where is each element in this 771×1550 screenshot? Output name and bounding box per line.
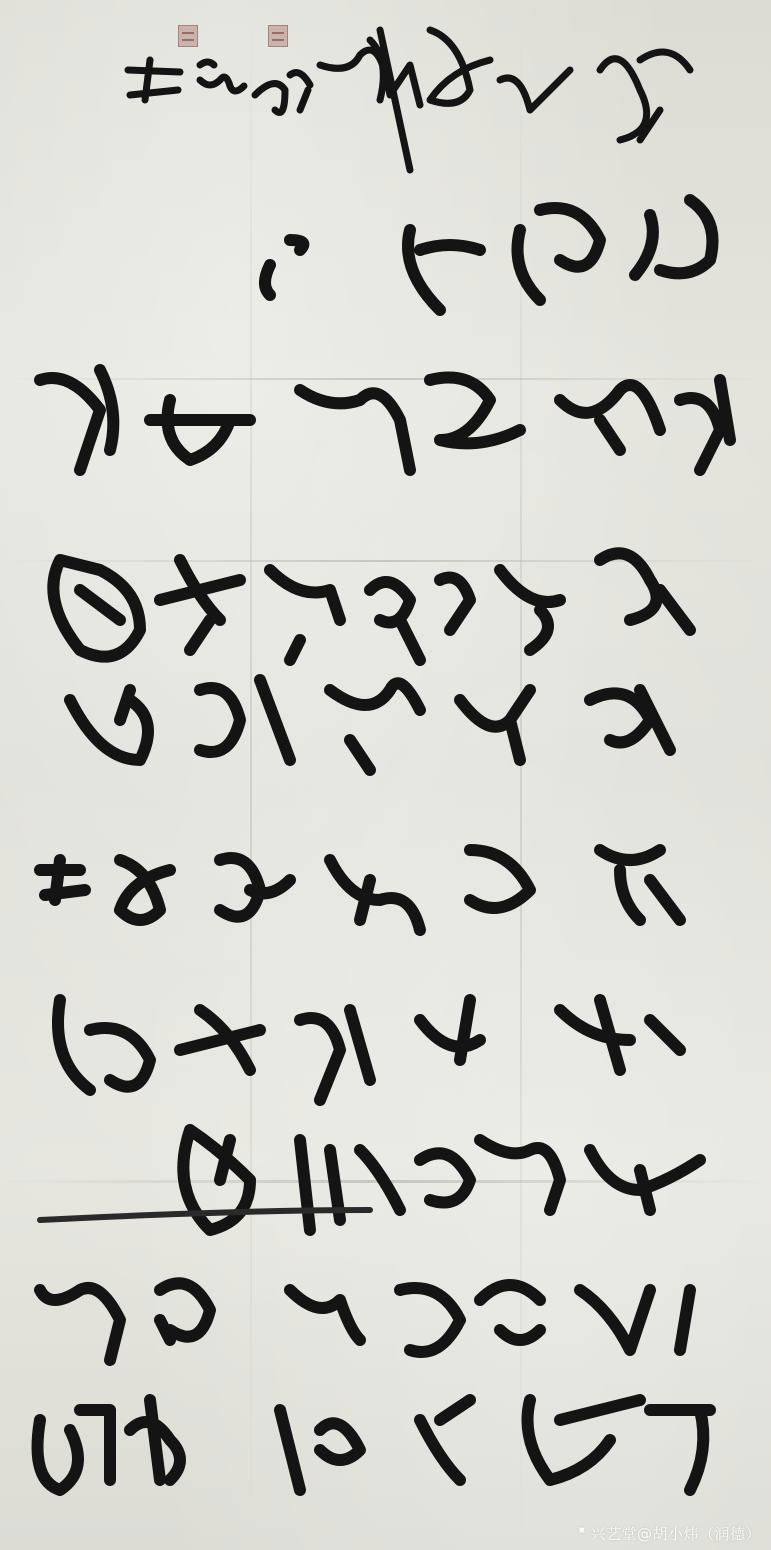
watermark: ▣ 兴艺堂@胡小炜（润德） bbox=[578, 1523, 761, 1544]
watermark-text: 兴艺堂@胡小炜（润德） bbox=[590, 1523, 761, 1544]
text-column-6 bbox=[38, 1283, 711, 1490]
calligraphy-strokes bbox=[0, 0, 771, 1550]
text-column-2 bbox=[40, 200, 730, 470]
logo-icon: ▣ bbox=[578, 1525, 586, 1534]
text-column-3 bbox=[53, 553, 690, 770]
text-column-5 bbox=[40, 1130, 700, 1230]
inscription-column bbox=[128, 30, 690, 170]
calligraphy-scroll: ▣ 兴艺堂@胡小炜（润德） bbox=[0, 0, 771, 1550]
text-column-4 bbox=[40, 850, 680, 1100]
